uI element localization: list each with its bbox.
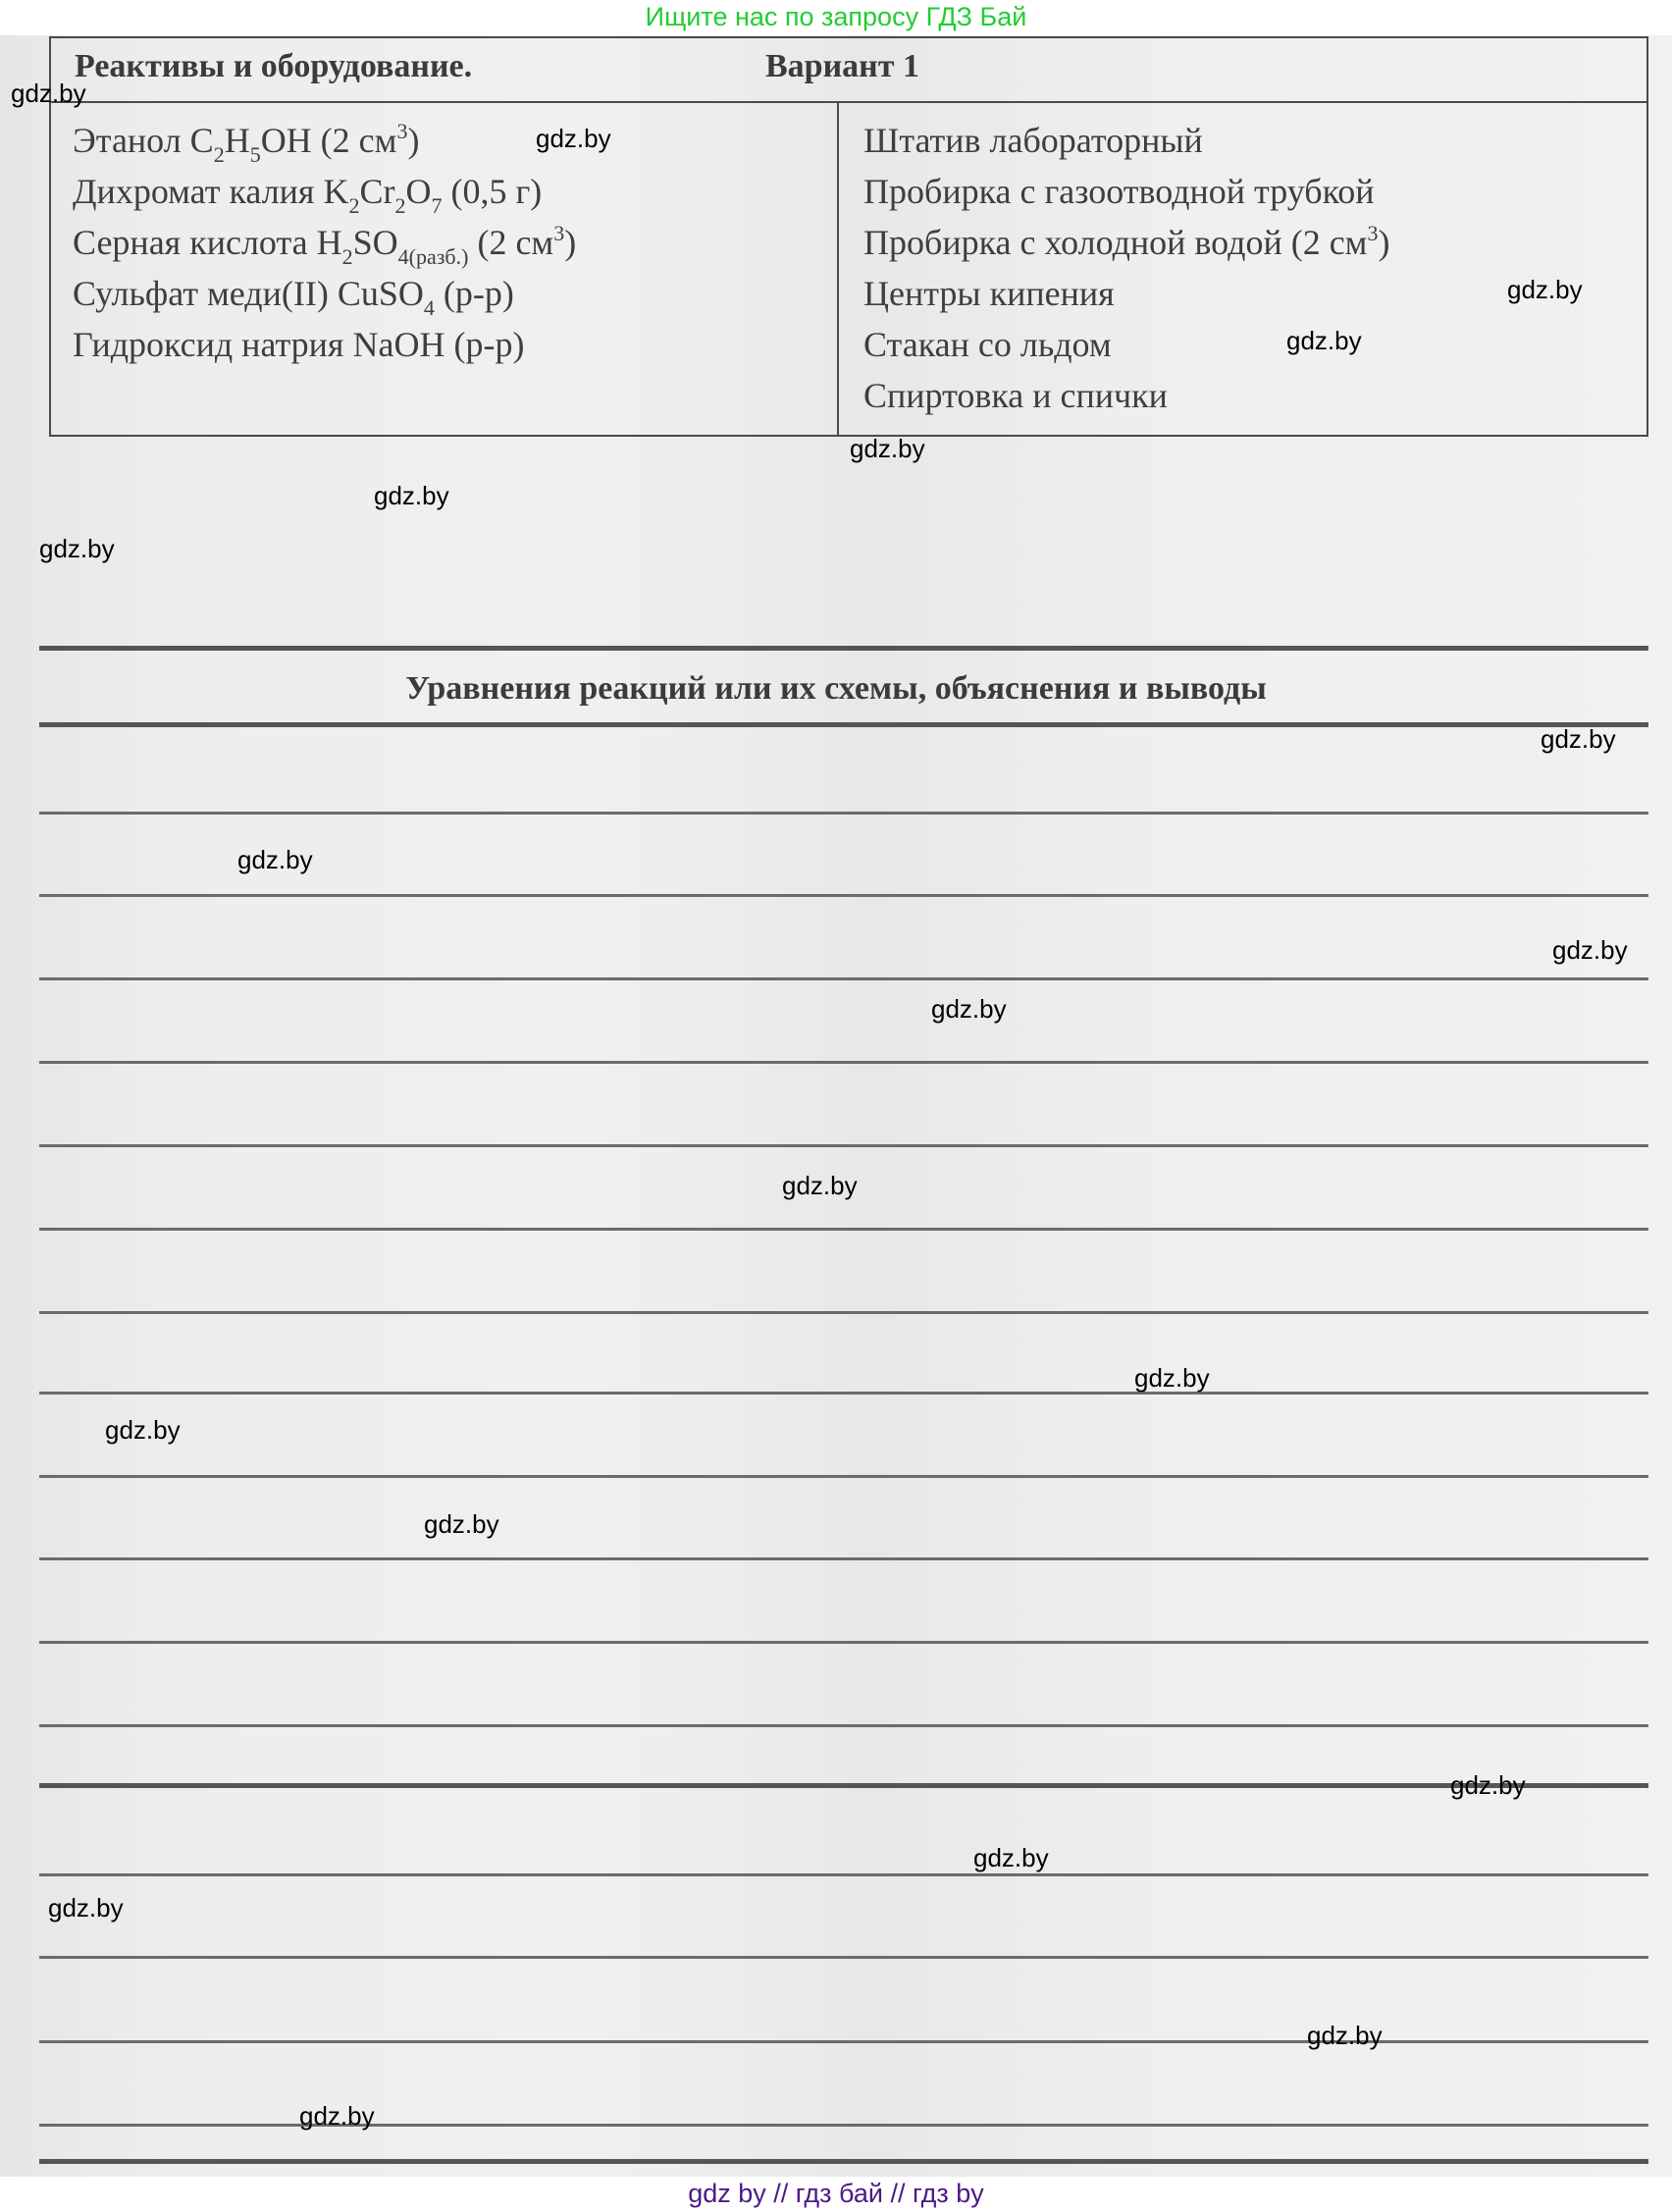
answer-line (39, 1228, 1648, 1231)
watermark-text: gdz.by (931, 994, 1007, 1024)
watermark-text: gdz.by (237, 845, 313, 874)
answer-line (39, 812, 1648, 815)
equipment-item: Штатив лабораторный (863, 115, 1389, 166)
reagents-table-header: Реактивы и оборудование. Вариант 1 (51, 38, 1646, 103)
answer-line (39, 1783, 1648, 1788)
watermark-text: gdz.by (1307, 2021, 1383, 2050)
reagents-table: Реактивы и оборудование. Вариант 1 Этано… (49, 36, 1648, 437)
answer-line (39, 2040, 1648, 2043)
answer-line (39, 894, 1648, 897)
answer-line (39, 1557, 1648, 1560)
answer-line (39, 1392, 1648, 1395)
watermark-text: gdz.by (105, 1415, 181, 1445)
page-bottom-rule (39, 2159, 1648, 2164)
watermark-text: gdz.by (1541, 724, 1616, 754)
answer-line (39, 1873, 1648, 1876)
watermark-text: gdz.by (782, 1171, 858, 1200)
watermark-text: gdz.by (39, 534, 115, 563)
watermark-text: gdz.by (1507, 275, 1583, 304)
answer-line (39, 1475, 1648, 1478)
watermark-text: gdz.by (973, 1843, 1049, 1872)
top-banner: Ищите нас по запросу ГДЗ Бай (0, 0, 1672, 35)
reagent-item: Сульфат меди(II) CuSO4 (р-р) (73, 268, 576, 319)
equipment-item: Пробирка с газоотводной трубкой (863, 166, 1389, 217)
equipment-list: Штатив лабораторныйПробирка с газоотводн… (863, 115, 1389, 421)
equipment-item: Пробирка с холодной водой (2 см3) (863, 217, 1389, 268)
answer-line (39, 1641, 1648, 1644)
reagent-item: Серная кислота H2SO4(разб.) (2 см3) (73, 217, 576, 268)
reagent-item: Дихромат калия K2Cr2O7 (0,5 г) (73, 166, 576, 217)
answer-line (39, 1956, 1648, 1959)
bottom-banner: gdz by // гдз бай // гдз by (0, 2177, 1672, 2212)
answer-line (39, 977, 1648, 980)
reagent-list: Этанол C2H5OH (2 см3)Дихромат калия K2Cr… (73, 115, 576, 370)
equipment-item: Спиртовка и спички (863, 370, 1389, 421)
equipment-item: Центры кипения (863, 268, 1389, 319)
answer-line (39, 1061, 1648, 1064)
watermark-text: gdz.by (536, 124, 611, 153)
watermark-text: gdz.by (1552, 935, 1628, 965)
watermark-text: gdz.by (299, 2101, 375, 2131)
answer-section-heading: Уравнения реакций или их схемы, объяснен… (0, 670, 1672, 708)
variant-title: Вариант 1 (765, 48, 919, 85)
reagent-item: Этанол C2H5OH (2 см3) (73, 115, 576, 166)
column-divider (837, 103, 839, 435)
watermark-text: gdz.by (48, 1893, 124, 1922)
reagents-title: Реактивы и оборудование. (75, 48, 472, 85)
watermark-text: gdz.by (1134, 1363, 1210, 1393)
reagent-item: Гидроксид натрия NaOH (р-р) (73, 319, 576, 370)
watermark-text: gdz.by (374, 481, 449, 510)
watermark-text: gdz.by (850, 434, 925, 463)
heading-bottom-rule (39, 722, 1648, 727)
watermark-text: gdz.by (11, 79, 86, 108)
answer-line (39, 1311, 1648, 1314)
watermark-text: gdz.by (1450, 1770, 1526, 1800)
answer-line (39, 1144, 1648, 1147)
watermark-text: gdz.by (424, 1509, 499, 1539)
heading-top-rule (39, 646, 1648, 651)
watermark-text: gdz.by (1286, 326, 1362, 355)
answer-line (39, 2124, 1648, 2127)
answer-line (39, 1724, 1648, 1727)
